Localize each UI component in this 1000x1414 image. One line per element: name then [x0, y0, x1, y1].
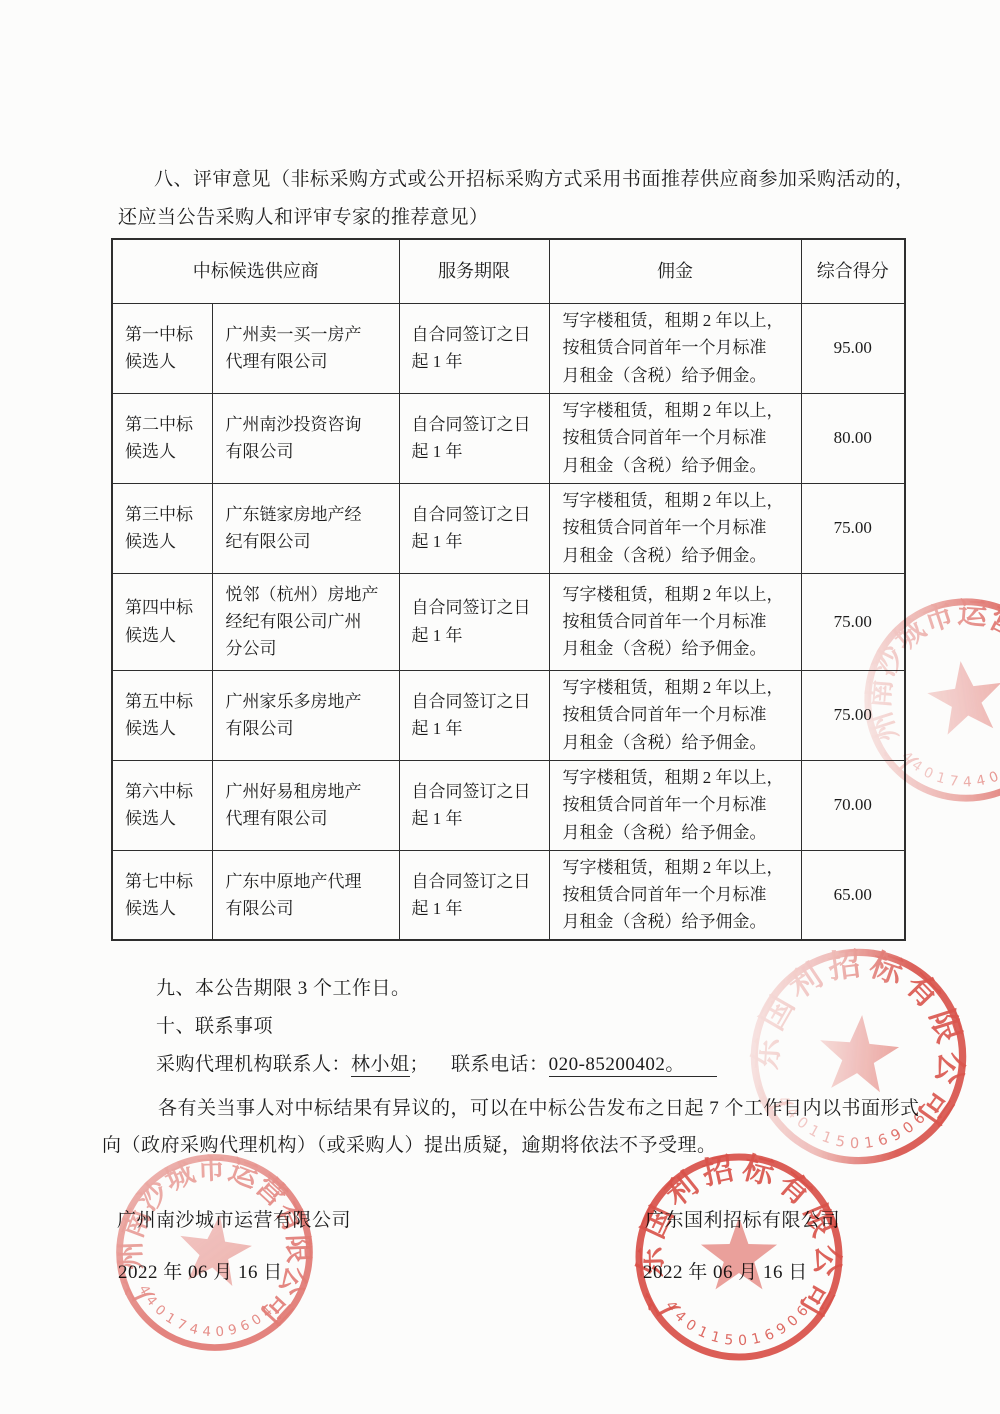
commission-cell: 写字楼租赁，租期 2 年以上， 按租赁合同首年一个月标准 月租金（含税）给予佣金… [549, 483, 801, 573]
table-row: 第一中标 候选人 广州卖一买一房产 代理有限公司 自合同签订之日 起 1 年 写… [112, 303, 905, 393]
document-page: 八、评审意见（非标采购方式或公开招标采购方式采用书面推荐供应商参加采购活动的， … [0, 0, 1000, 1414]
table-header-row: 中标候选供应商 服务期限 佣金 综合得分 [112, 239, 905, 303]
score-cell: 75.00 [801, 670, 905, 760]
commission-cell: 写字楼租赁，租期 2 年以上， 按租赁合同首年一个月标准 月租金（含税）给予佣金… [549, 573, 801, 670]
star-icon [816, 1012, 901, 1094]
company-cell: 广州卖一买一房产 代理有限公司 [212, 303, 399, 393]
score-cell: 65.00 [801, 850, 905, 940]
period-cell: 自合同签订之日 起 1 年 [399, 483, 549, 573]
table-row: 第二中标 候选人 广州南沙投资咨询 有限公司 自合同签订之日 起 1 年 写字楼… [112, 393, 905, 483]
table-row: 第七中标 候选人 广东中原地产代理 有限公司 自合同签订之日 起 1 年 写字楼… [112, 850, 905, 940]
svg-text:4401150169064: 4401150169064 [629, 1147, 815, 1349]
section9-text: 九、本公告期限 3 个工作日。 [156, 973, 411, 1000]
award-candidates-table: 中标候选供应商 服务期限 佣金 综合得分 第一中标 候选人 广州卖一买一房产 代… [111, 238, 906, 941]
commission-cell: 写字楼租赁，租期 2 年以上， 按租赁合同首年一个月标准 月租金（含税）给予佣金… [549, 850, 801, 940]
objection-paragraph-line1: 各有关当事人对中标结果有异议的，可以在中标公告发布之日起 7 个工作日内以书面形… [158, 1093, 920, 1120]
rank-cell: 第五中标 候选人 [112, 670, 212, 760]
svg-text:4401744096048: 4401744096048 [96, 1134, 302, 1349]
score-cell: 95.00 [801, 303, 905, 393]
svg-text:广东国利招标有限公司: 广东国利招标有限公司 [633, 1150, 846, 1327]
svg-text:广州南沙城市运营有限公司: 广州南沙城市运营有限公司 [106, 1139, 327, 1334]
contact-phone-number: 020-85200402。 [549, 1054, 717, 1077]
commission-cell: 写字楼租赁，租期 2 年以上， 按租赁合同首年一个月标准 月租金（含税）给予佣金… [549, 303, 801, 393]
table-row: 第五中标 候选人 广州家乐多房地产 有限公司 自合同签订之日 起 1 年 写字楼… [112, 670, 905, 760]
contact-agency-name: 林小姐 [351, 1054, 410, 1077]
period-cell: 自合同签订之日 起 1 年 [399, 760, 549, 850]
signature-left-date: 2022 年 06 月 16 日 [118, 1257, 283, 1284]
commission-cell: 写字楼租赁，租期 2 年以上， 按租赁合同首年一个月标准 月租金（含税）给予佣金… [549, 760, 801, 850]
seal-graphic: 广东国利招标有限公司 4401150169064 [734, 932, 982, 1180]
section10-heading: 十、联系事项 [156, 1011, 273, 1038]
table-row: 第六中标 候选人 广州好易租房地产 代理有限公司 自合同签订之日 起 1 年 写… [112, 760, 905, 850]
rank-cell: 第一中标 候选人 [112, 303, 212, 393]
seal-ring [107, 1145, 322, 1360]
stamp-nansha-signature: 广州南沙城市运营有限公司 4401744096048 [96, 1134, 332, 1370]
rank-cell: 第二中标 候选人 [112, 393, 212, 483]
rank-cell: 第六中标 候选人 [112, 760, 212, 850]
rank-cell: 第三中标 候选人 [112, 483, 212, 573]
contact-line: 采购代理机构联系人：林小姐；联系电话：020-85200402。 [156, 1049, 717, 1076]
contact-separator: ； [410, 1054, 430, 1075]
signature-left-company: 广州南沙城市运营有限公司 [117, 1205, 351, 1232]
section8-heading-line2: 还应当公告采购人和评审专家的推荐意见） [118, 202, 489, 229]
score-cell: 70.00 [801, 760, 905, 850]
header-period: 服务期限 [399, 239, 549, 303]
score-cell: 80.00 [801, 393, 905, 483]
company-cell: 广东链家房地产经 纪有限公司 [212, 483, 399, 573]
star-icon [924, 656, 1000, 737]
header-commission: 佣金 [549, 239, 801, 303]
company-cell: 广州南沙投资咨询 有限公司 [212, 393, 399, 483]
company-cell: 悦邻（杭州）房地产 经纪有限公司广州 分公司 [212, 573, 399, 670]
stamp-guoli-right-middle: 广东国利招标有限公司 4401150169064 [734, 932, 982, 1180]
table-row: 第三中标 候选人 广东链家房地产经 纪有限公司 自合同签订之日 起 1 年 写字… [112, 483, 905, 573]
header-supplier: 中标候选供应商 [112, 239, 399, 303]
commission-cell: 写字楼租赁，租期 2 年以上， 按租赁合同首年一个月标准 月租金（含税）给予佣金… [549, 670, 801, 760]
rank-cell: 第四中标 候选人 [112, 573, 212, 670]
company-cell: 广州家乐多房地产 有限公司 [212, 670, 399, 760]
period-cell: 自合同签订之日 起 1 年 [399, 393, 549, 483]
contact-phone-label: 联系电话： [451, 1054, 549, 1075]
objection-paragraph-line2: 向（政府采购代理机构）（或采购人）提出质疑，逾期将依法不予受理。 [102, 1130, 717, 1157]
section8-heading-line1: 八、评审意见（非标采购方式或公开招标采购方式采用书面推荐供应商参加采购活动的， [154, 164, 915, 191]
company-cell: 广州好易租房地产 代理有限公司 [212, 760, 399, 850]
rank-cell: 第七中标 候选人 [112, 850, 212, 940]
score-cell: 75.00 [801, 483, 905, 573]
seal-ring [746, 944, 972, 1170]
signature-right-date: 2022 年 06 月 16 日 [643, 1257, 808, 1284]
table-row: 第四中标 候选人 悦邻（杭州）房地产 经纪有限公司广州 分公司 自合同签订之日 … [112, 573, 905, 670]
commission-cell: 写字楼租赁，租期 2 年以上， 按租赁合同首年一个月标准 月租金（含税）给予佣金… [549, 393, 801, 483]
score-cell: 75.00 [801, 573, 905, 670]
period-cell: 自合同签订之日 起 1 年 [399, 850, 549, 940]
header-score: 综合得分 [801, 239, 905, 303]
seal-graphic: 广州南沙城市运营有限公司 4401744096048 [96, 1134, 332, 1370]
contact-agency-label: 采购代理机构联系人： [156, 1054, 351, 1075]
company-cell: 广东中原地产代理 有限公司 [212, 850, 399, 940]
svg-text:4401150169064: 4401150169064 [734, 932, 948, 1158]
period-cell: 自合同签订之日 起 1 年 [399, 303, 549, 393]
signature-right-company: 广东国利招标有限公司 [645, 1205, 840, 1232]
period-cell: 自合同签订之日 起 1 年 [399, 573, 549, 670]
period-cell: 自合同签订之日 起 1 年 [399, 670, 549, 760]
